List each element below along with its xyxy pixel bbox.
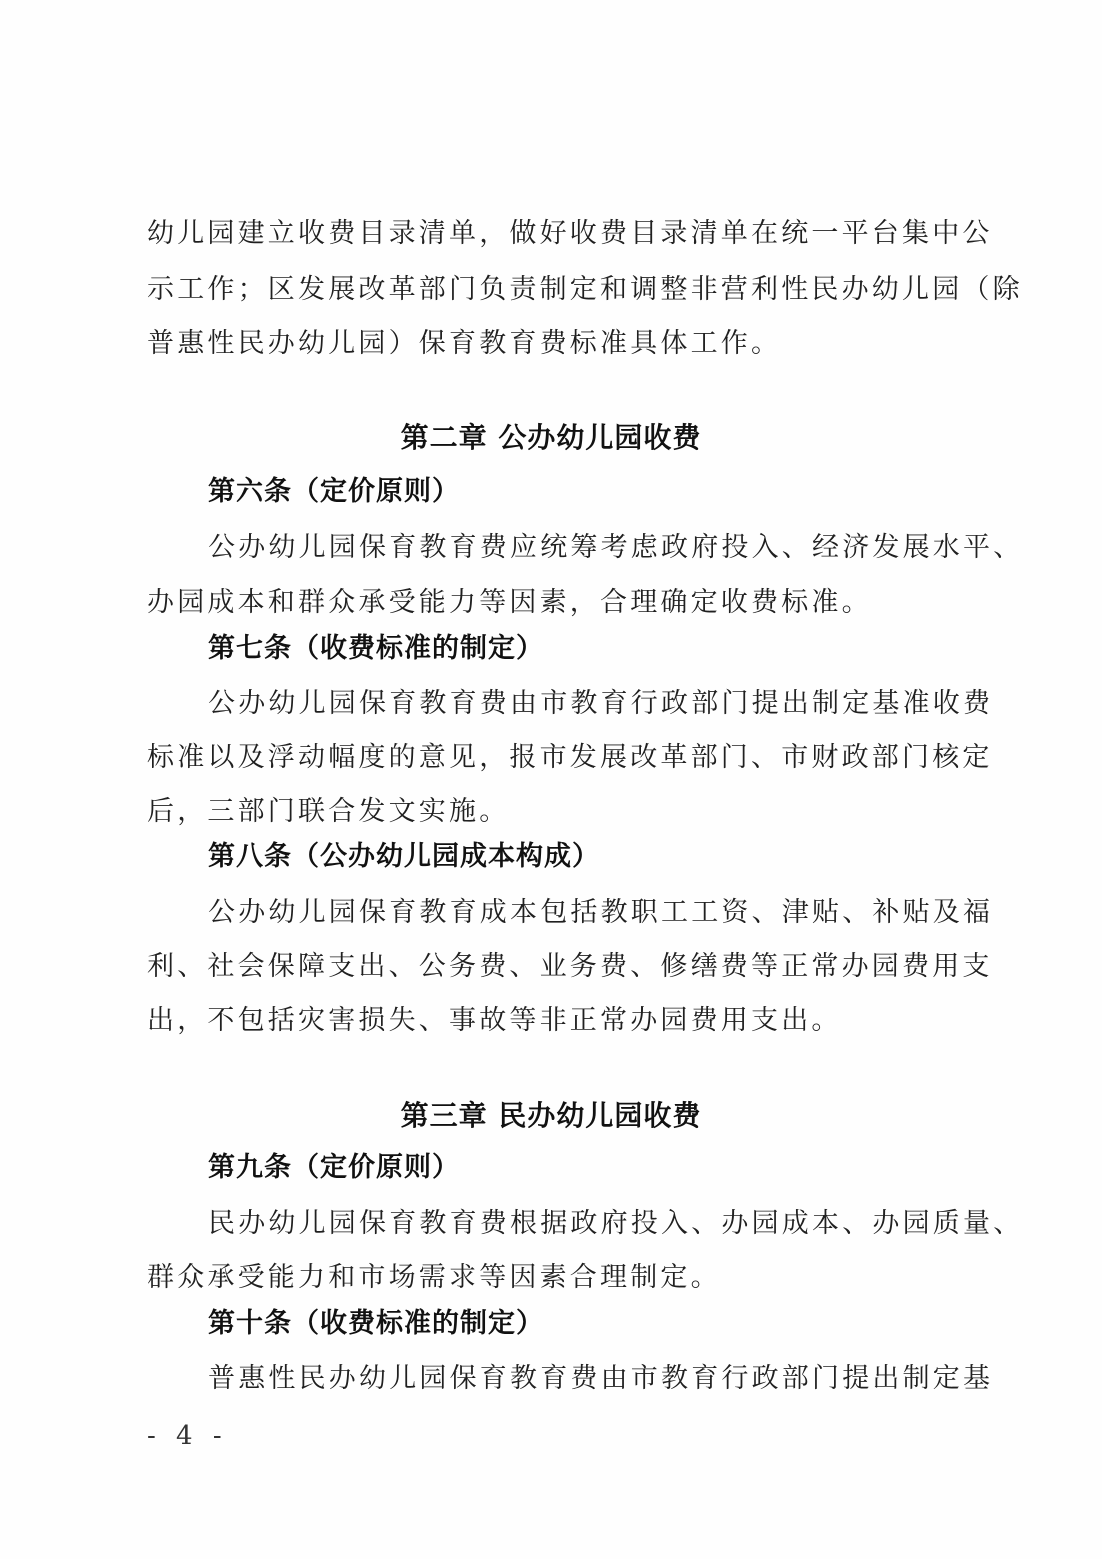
paragraph-line: 标准以及浮动幅度的意见，报市发展改革部门、市财政部门核定 <box>147 740 967 776</box>
chapter-heading: 第三章 民办幼儿园收费 <box>0 1098 1102 1134</box>
article-title: 第十条（收费标准的制定） <box>208 1306 544 1342</box>
article-title: 第六条（定价原则） <box>208 474 460 510</box>
page-number: - 4 - <box>147 1418 228 1454</box>
paragraph-line: 普惠性民办幼儿园保育教育费由市教育行政部门提出制定基 <box>208 1361 968 1397</box>
paragraph-line: 示工作；区发展改革部门负责制定和调整非营利性民办幼儿园（除 <box>147 272 967 308</box>
paragraph-line: 办园成本和群众承受能力等因素，合理确定收费标准。 <box>147 585 967 621</box>
paragraph-line: 民办幼儿园保育教育费根据政府投入、办园成本、办园质量、 <box>208 1206 968 1242</box>
paragraph-line: 利、社会保障支出、公务费、业务费、修缮费等正常办园费用支 <box>147 949 967 985</box>
paragraph-line: 后，三部门联合发文实施。 <box>147 794 967 830</box>
chapter-heading: 第二章 公办幼儿园收费 <box>0 420 1102 456</box>
paragraph-line: 公办幼儿园保育教育成本包括教职工工资、津贴、补贴及福 <box>208 895 968 931</box>
paragraph-line: 公办幼儿园保育教育费由市教育行政部门提出制定基准收费 <box>208 686 968 722</box>
paragraph-line: 公办幼儿园保育教育费应统筹考虑政府投入、经济发展水平、 <box>208 530 968 566</box>
document-page: 幼儿园建立收费目录清单，做好收费目录清单在统一平台集中公 示工作；区发展改革部门… <box>0 0 1102 1559</box>
article-title: 第七条（收费标准的制定） <box>208 631 544 667</box>
paragraph-line: 幼儿园建立收费目录清单，做好收费目录清单在统一平台集中公 <box>147 216 967 252</box>
paragraph-line: 出，不包括灾害损失、事故等非正常办园费用支出。 <box>147 1003 967 1039</box>
article-title: 第八条（公办幼儿园成本构成） <box>208 839 600 875</box>
paragraph-line: 群众承受能力和市场需求等因素合理制定。 <box>147 1260 967 1296</box>
article-title: 第九条（定价原则） <box>208 1150 460 1186</box>
paragraph-line: 普惠性民办幼儿园）保育教育费标准具体工作。 <box>147 326 967 362</box>
